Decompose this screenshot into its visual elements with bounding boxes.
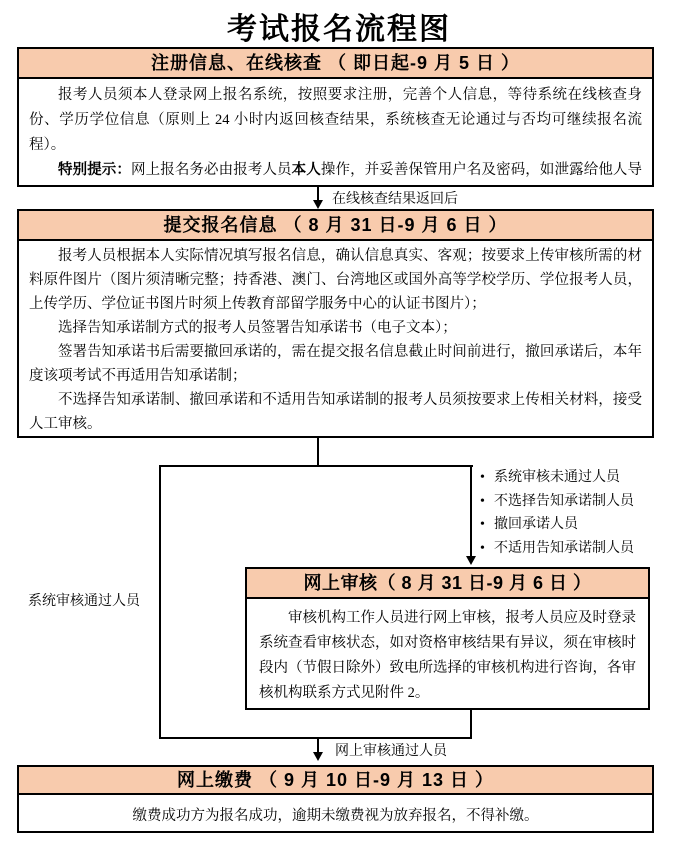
paragraph: 报考人员根据本人实际情况填写报名信息，确认信息真实、客观；按要求上传审核所需的材… — [29, 244, 642, 316]
edge-label-system-passed: 系统审核通过人员 — [28, 590, 140, 610]
bullet-icon: • — [480, 513, 494, 537]
list-item-label: 撤回承诺人员 — [494, 517, 578, 532]
branch-left-line — [159, 465, 161, 739]
step-pay-box: 网上缴费 （ 9 月 10 日-9 月 13 日 ） 缴费成功方为报名成功，逾期… — [17, 765, 654, 833]
step-register-header: 注册信息、在线核查 （ 即日起-9 月 5 日 ） — [19, 49, 652, 79]
step-pay-body: 缴费成功方为报名成功，逾期未缴费视为放弃报名，不得补缴。 — [19, 795, 652, 825]
paragraph: 不选择告知承诺制、撤回承诺和不适用告知承诺制的报考人员须按要求上传相关材料，接受… — [29, 388, 642, 436]
list-item: •不选择告知承诺制人员 — [480, 490, 675, 514]
connector-line-down — [470, 710, 472, 739]
step-submit-header: 提交报名信息 （ 8 月 31 日-9 月 6 日 ） — [19, 211, 652, 241]
bullet-icon: • — [480, 466, 494, 490]
edge-label-online-check-returned: 在线核查结果返回后 — [332, 188, 458, 208]
paragraph: 特别提示：网上报名务必由报考人员本人操作，并妥善保管用户名及密码，如泄露给他人导… — [29, 158, 642, 187]
list-item: •系统审核未通过人员 — [480, 466, 675, 490]
step-review-body: 审核机构工作人员进行网上审核，报考人员应及时登录系统查看审核状态，如对资格审核结… — [247, 599, 648, 706]
edge-label-review-passed: 网上审核通过人员 — [335, 740, 447, 760]
paragraph: 签署告知承诺书后需要撤回承诺的，需在提交报名信息截止时间前进行，撤回承诺后，本年… — [29, 340, 642, 388]
page-title: 考试报名流程图 — [0, 4, 678, 48]
paragraph: 选择告知承诺制方式的报考人员签署告知承诺书（电子文本）； — [29, 316, 642, 340]
down-arrow-icon — [313, 752, 323, 761]
flowchart-canvas: 考试报名流程图 注册信息、在线核查 （ 即日起-9 月 5 日 ） 报考人员须本… — [0, 0, 678, 845]
bullet-icon: • — [480, 490, 494, 514]
paragraph: 审核机构工作人员进行网上审核，报考人员应及时登录系统查看审核状态，如对资格审核结… — [259, 606, 636, 706]
step-review-box: 网上审核（ 8 月 31 日-9 月 6 日 ） 审核机构工作人员进行网上审核，… — [245, 567, 650, 710]
list-item: •不适用告知承诺制人员 — [480, 537, 675, 561]
step-register-body: 报考人员须本人登录网上报名系统，按照要求注册，完善个人信息，等待系统在线核查身份… — [19, 79, 652, 187]
bullet-icon: • — [480, 537, 494, 561]
step-pay-header: 网上缴费 （ 9 月 10 日-9 月 13 日 ） — [19, 767, 652, 795]
list-item-label: 不适用告知承诺制人员 — [494, 541, 634, 556]
down-arrow-icon — [466, 556, 476, 565]
step-submit-body: 报考人员根据本人实际情况填写报名信息，确认信息真实、客观；按要求上传审核所需的材… — [19, 241, 652, 436]
review-conditions-list: •系统审核未通过人员 •不选择告知承诺制人员 •撤回承诺人员 •不适用告知承诺制… — [480, 466, 675, 560]
branch-horizontal-line — [159, 465, 473, 467]
paragraph: 报考人员须本人登录网上报名系统，按照要求注册，完善个人信息，等待系统在线核查身份… — [29, 83, 642, 158]
paragraph: 缴费成功方为报名成功，逾期未缴费视为放弃报名，不得补缴。 — [19, 804, 652, 825]
branch-right-line — [470, 465, 472, 557]
merge-horizontal-line — [159, 737, 472, 739]
list-item: •撤回承诺人员 — [480, 513, 675, 537]
step-submit-box: 提交报名信息 （ 8 月 31 日-9 月 6 日 ） 报考人员根据本人实际情况… — [17, 209, 654, 438]
step-review-header: 网上审核（ 8 月 31 日-9 月 6 日 ） — [247, 569, 648, 599]
step-register-box: 注册信息、在线核查 （ 即日起-9 月 5 日 ） 报考人员须本人登录网上报名系… — [17, 47, 654, 187]
list-item-label: 不选择告知承诺制人员 — [494, 494, 634, 509]
connector-line-down — [317, 438, 319, 467]
list-item-label: 系统审核未通过人员 — [494, 470, 620, 485]
down-arrow-icon — [313, 200, 323, 209]
